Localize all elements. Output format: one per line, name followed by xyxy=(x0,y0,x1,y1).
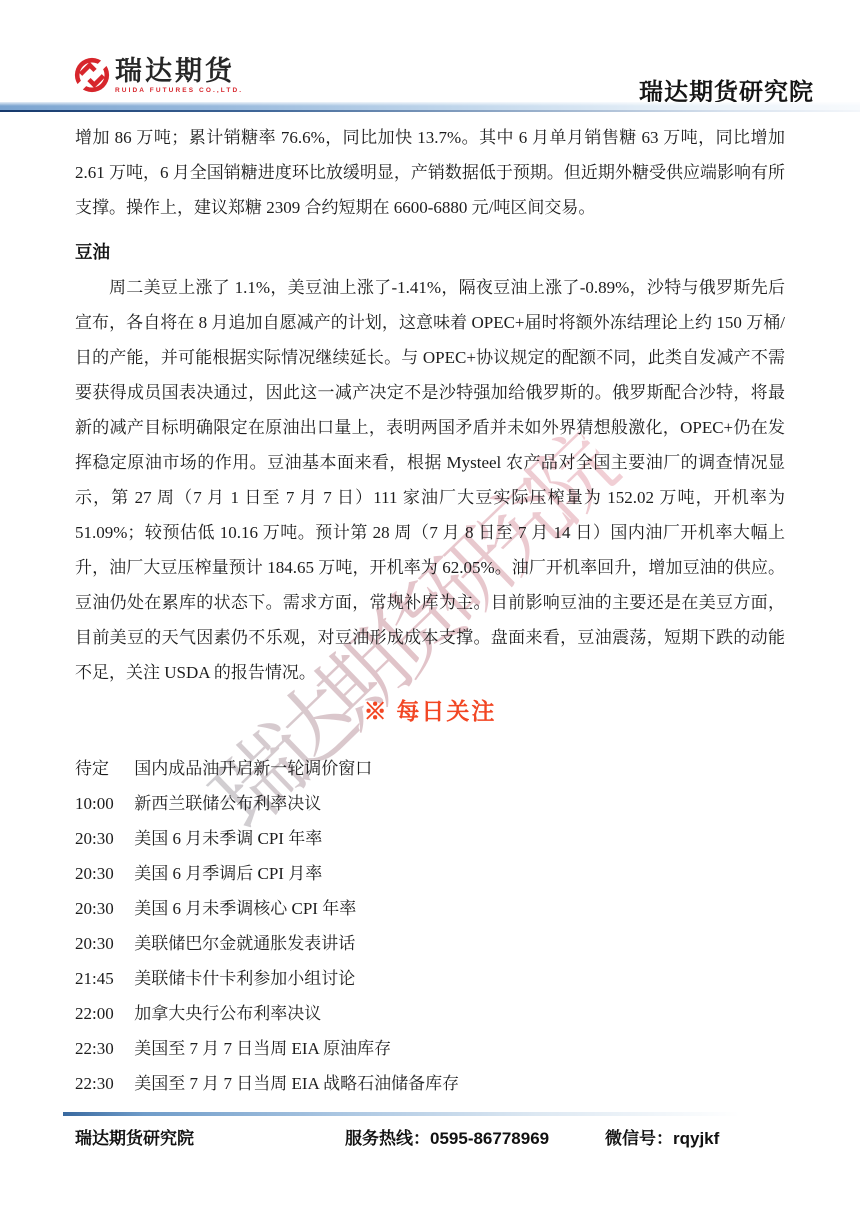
event-label: 国内成品油开启新一轮调价窗口 xyxy=(134,759,372,778)
event-row: 22:30 美国至 7 月 7 日当周 EIA 战略石油储备库存 xyxy=(75,1066,785,1101)
report-body: 增加 86 万吨；累计销糖率 76.6%，同比加快 13.7%。其中 6 月单月… xyxy=(75,120,785,1101)
event-label: 美联储巴尔金就通胀发表讲话 xyxy=(134,934,355,953)
event-time: 22:00 xyxy=(75,996,130,1031)
event-label: 美联储卡什卡利参加小组讨论 xyxy=(134,969,355,988)
footer: 瑞达期货研究院 服务热线：0595-86778969 微信号：rqyjkf xyxy=(0,1124,860,1154)
event-time: 20:30 xyxy=(75,891,130,926)
logo-brand: 瑞达期货 xyxy=(115,58,243,85)
event-time: 10:00 xyxy=(75,786,130,821)
event-label: 美国 6 月季调后 CPI 月率 xyxy=(134,864,322,883)
ruida-logo-icon xyxy=(73,54,111,96)
logo-subtitle: RUIDA FUTURES CO.,LTD. xyxy=(115,88,243,95)
event-time: 20:30 xyxy=(75,856,130,891)
footer-divider-line xyxy=(63,1112,740,1116)
event-label: 美国 6 月未季调 CPI 年率 xyxy=(134,829,322,848)
header-divider-line xyxy=(0,110,860,112)
event-row: 22:30 美国至 7 月 7 日当周 EIA 原油库存 xyxy=(75,1031,785,1066)
header-divider-bar xyxy=(0,102,860,110)
daily-focus-title: ※ 每日关注 xyxy=(75,694,785,729)
paragraph-soyoil: 周二美豆上涨了 1.1%，美豆油上涨了-1.41%，隔夜豆油上涨了-0.89%，… xyxy=(75,270,785,690)
event-time: 22:30 xyxy=(75,1031,130,1066)
event-time: 21:45 xyxy=(75,961,130,996)
ruida-logo: 瑞达期货 RUIDA FUTURES CO.,LTD. xyxy=(73,54,243,96)
event-row: 20:30 美国 6 月季调后 CPI 月率 xyxy=(75,856,785,891)
event-label: 美国至 7 月 7 日当周 EIA 原油库存 xyxy=(134,1039,391,1058)
footer-institute: 瑞达期货研究院 xyxy=(75,1124,194,1154)
footer-wechat: 微信号：rqyjkf xyxy=(605,1124,719,1154)
event-time: 22:30 xyxy=(75,1066,130,1101)
event-label: 新西兰联储公布利率决议 xyxy=(134,794,321,813)
report-page: 瑞达期货 RUIDA FUTURES CO.,LTD. 瑞达期货研究院 瑞达期货… xyxy=(0,0,860,1217)
section-title-soyoil: 豆油 xyxy=(75,235,785,270)
event-row: 22:00 加拿大央行公布利率决议 xyxy=(75,996,785,1031)
logo-text: 瑞达期货 RUIDA FUTURES CO.,LTD. xyxy=(115,54,243,95)
event-row: 10:00 新西兰联储公布利率决议 xyxy=(75,786,785,821)
footer-hotline: 服务热线：0595-86778969 xyxy=(345,1124,549,1154)
event-time: 待定 xyxy=(75,751,130,786)
event-time: 20:30 xyxy=(75,821,130,856)
event-row: 20:30 美国 6 月未季调 CPI 年率 xyxy=(75,821,785,856)
event-label: 美国 6 月未季调核心 CPI 年率 xyxy=(134,899,356,918)
event-row: 20:30 美联储巴尔金就通胀发表讲话 xyxy=(75,926,785,961)
event-time: 20:30 xyxy=(75,926,130,961)
event-label: 加拿大央行公布利率决议 xyxy=(134,1004,321,1023)
event-row: 20:30 美国 6 月未季调核心 CPI 年率 xyxy=(75,891,785,926)
event-row: 待定 国内成品油开启新一轮调价窗口 xyxy=(75,751,785,786)
event-row: 21:45 美联储卡什卡利参加小组讨论 xyxy=(75,961,785,996)
event-label: 美国至 7 月 7 日当周 EIA 战略石油储备库存 xyxy=(134,1074,459,1093)
paragraph-sugar: 增加 86 万吨；累计销糖率 76.6%，同比加快 13.7%。其中 6 月单月… xyxy=(75,120,785,225)
events-list: 待定 国内成品油开启新一轮调价窗口 10:00 新西兰联储公布利率决议 20:3… xyxy=(75,751,785,1101)
